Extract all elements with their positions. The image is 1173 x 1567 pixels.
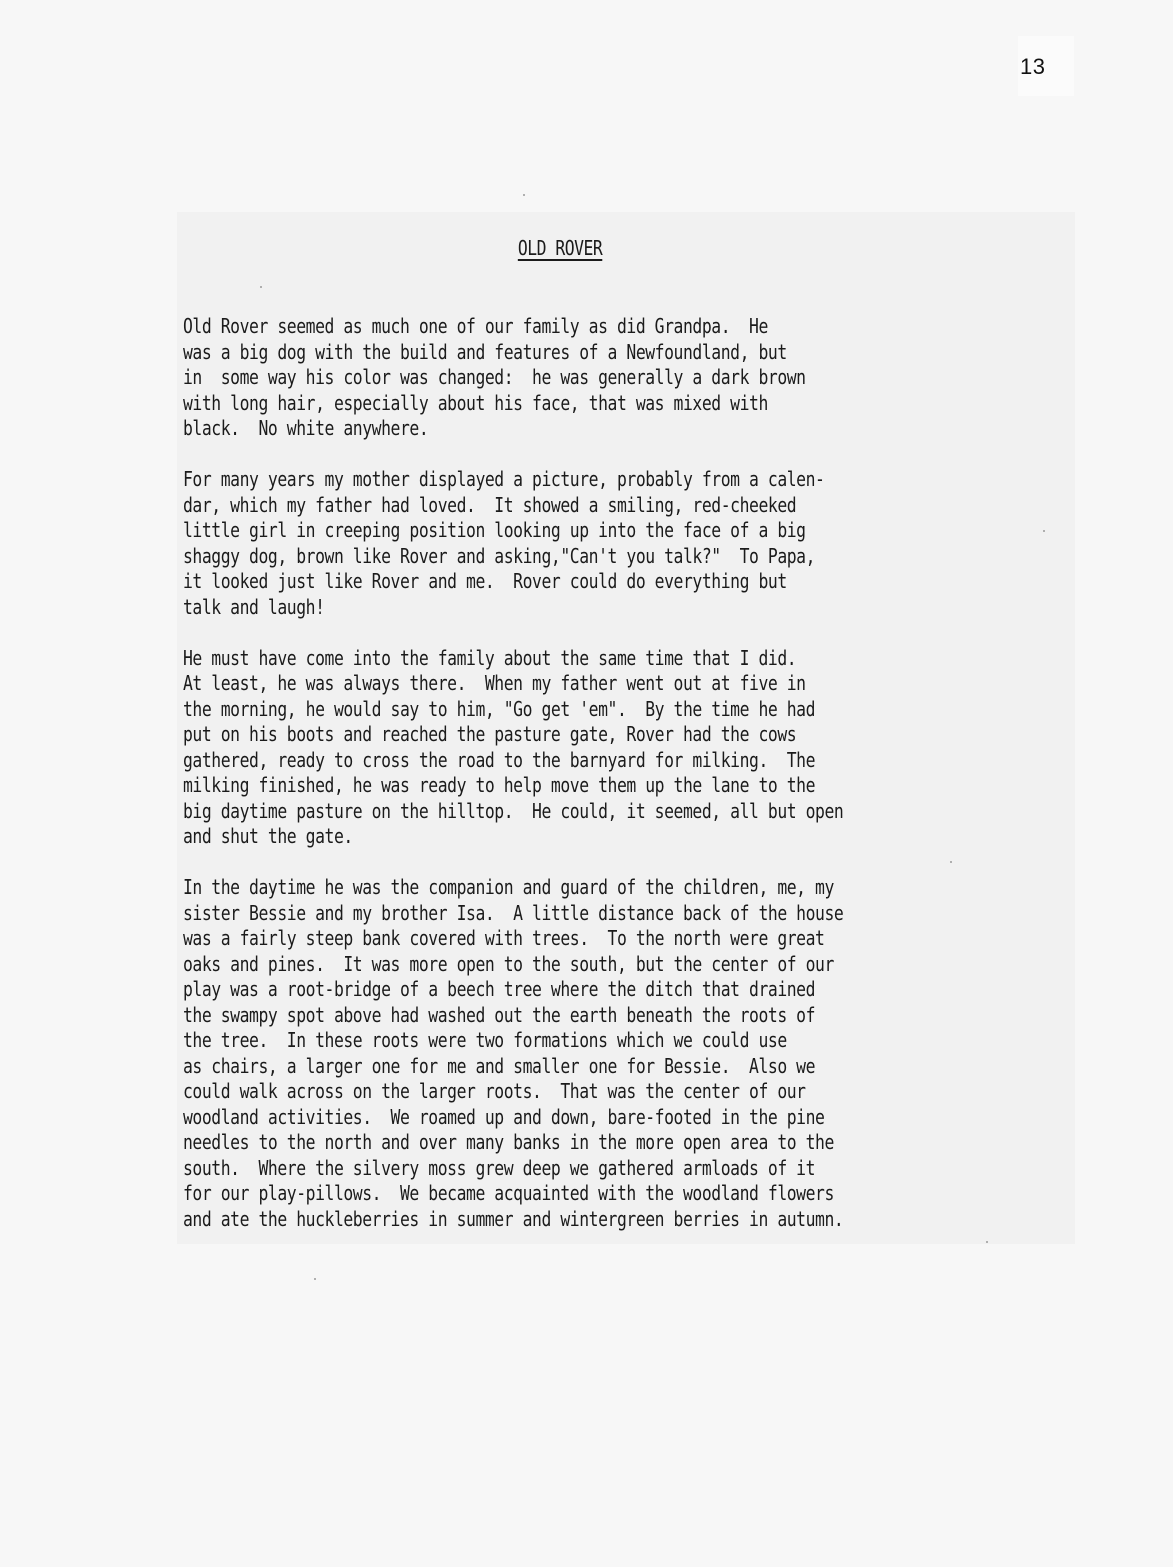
paragraph: In the daytime he was the companion and …	[183, 875, 1173, 1232]
text-line: was a big dog with the build and feature…	[183, 340, 1063, 366]
text-line: For many years my mother displayed a pic…	[183, 467, 1063, 493]
text-line: the morning, he would say to him, "Go ge…	[183, 697, 1063, 723]
text-line: Old Rover seemed as much one of our fami…	[183, 314, 1063, 340]
text-line: could walk across on the larger roots. T…	[183, 1079, 1063, 1105]
text-line: milking finished, he was ready to help m…	[183, 773, 1063, 799]
scan-speck	[260, 286, 262, 288]
text-line: little girl in creeping position looking…	[183, 518, 1063, 544]
document-body: Old Rover seemed as much one of our fami…	[183, 314, 1173, 1258]
text-line: put on his boots and reached the pasture…	[183, 722, 1063, 748]
page-number: 13	[1020, 54, 1045, 80]
paragraph: For many years my mother displayed a pic…	[183, 467, 1173, 620]
text-line: and shut the gate.	[183, 824, 1063, 850]
text-line: and ate the huckleberries in summer and …	[183, 1207, 1063, 1233]
text-line: as chairs, a larger one for me and small…	[183, 1054, 1063, 1080]
scan-speck	[314, 1278, 316, 1280]
text-line: At least, he was always there. When my f…	[183, 671, 1063, 697]
text-line: talk and laugh!	[183, 595, 1063, 621]
text-line: it looked just like Rover and me. Rover …	[183, 569, 1063, 595]
text-line: woodland activities. We roamed up and do…	[183, 1105, 1063, 1131]
text-line: with long hair, especially about his fac…	[183, 391, 1063, 417]
text-line: in some way his color was changed: he wa…	[183, 365, 1063, 391]
scan-speck	[523, 194, 525, 196]
text-line: In the daytime he was the companion and …	[183, 875, 1063, 901]
text-line: sister Bessie and my brother Isa. A litt…	[183, 901, 1063, 927]
text-line: needles to the north and over many banks…	[183, 1130, 1063, 1156]
text-line: play was a root-bridge of a beech tree w…	[183, 977, 1063, 1003]
text-line: was a fairly steep bank covered with tre…	[183, 926, 1063, 952]
text-line: shaggy dog, brown like Rover and asking,…	[183, 544, 1063, 570]
paragraph: Old Rover seemed as much one of our fami…	[183, 314, 1173, 442]
text-line: He must have come into the family about …	[183, 646, 1063, 672]
text-line: oaks and pines. It was more open to the …	[183, 952, 1063, 978]
text-line: gathered, ready to cross the road to the…	[183, 748, 1063, 774]
text-line: black. No white anywhere.	[183, 416, 1063, 442]
text-line: the swampy spot above had washed out the…	[183, 1003, 1063, 1029]
text-line: dar, which my father had loved. It showe…	[183, 493, 1063, 519]
text-line: big daytime pasture on the hilltop. He c…	[183, 799, 1063, 825]
text-line: south. Where the silvery moss grew deep …	[183, 1156, 1063, 1182]
text-line: for our play-pillows. We became acquaint…	[183, 1181, 1063, 1207]
paragraph: He must have come into the family about …	[183, 646, 1173, 850]
page-title: OLD ROVER	[0, 236, 1120, 260]
text-line: the tree. In these roots were two format…	[183, 1028, 1063, 1054]
